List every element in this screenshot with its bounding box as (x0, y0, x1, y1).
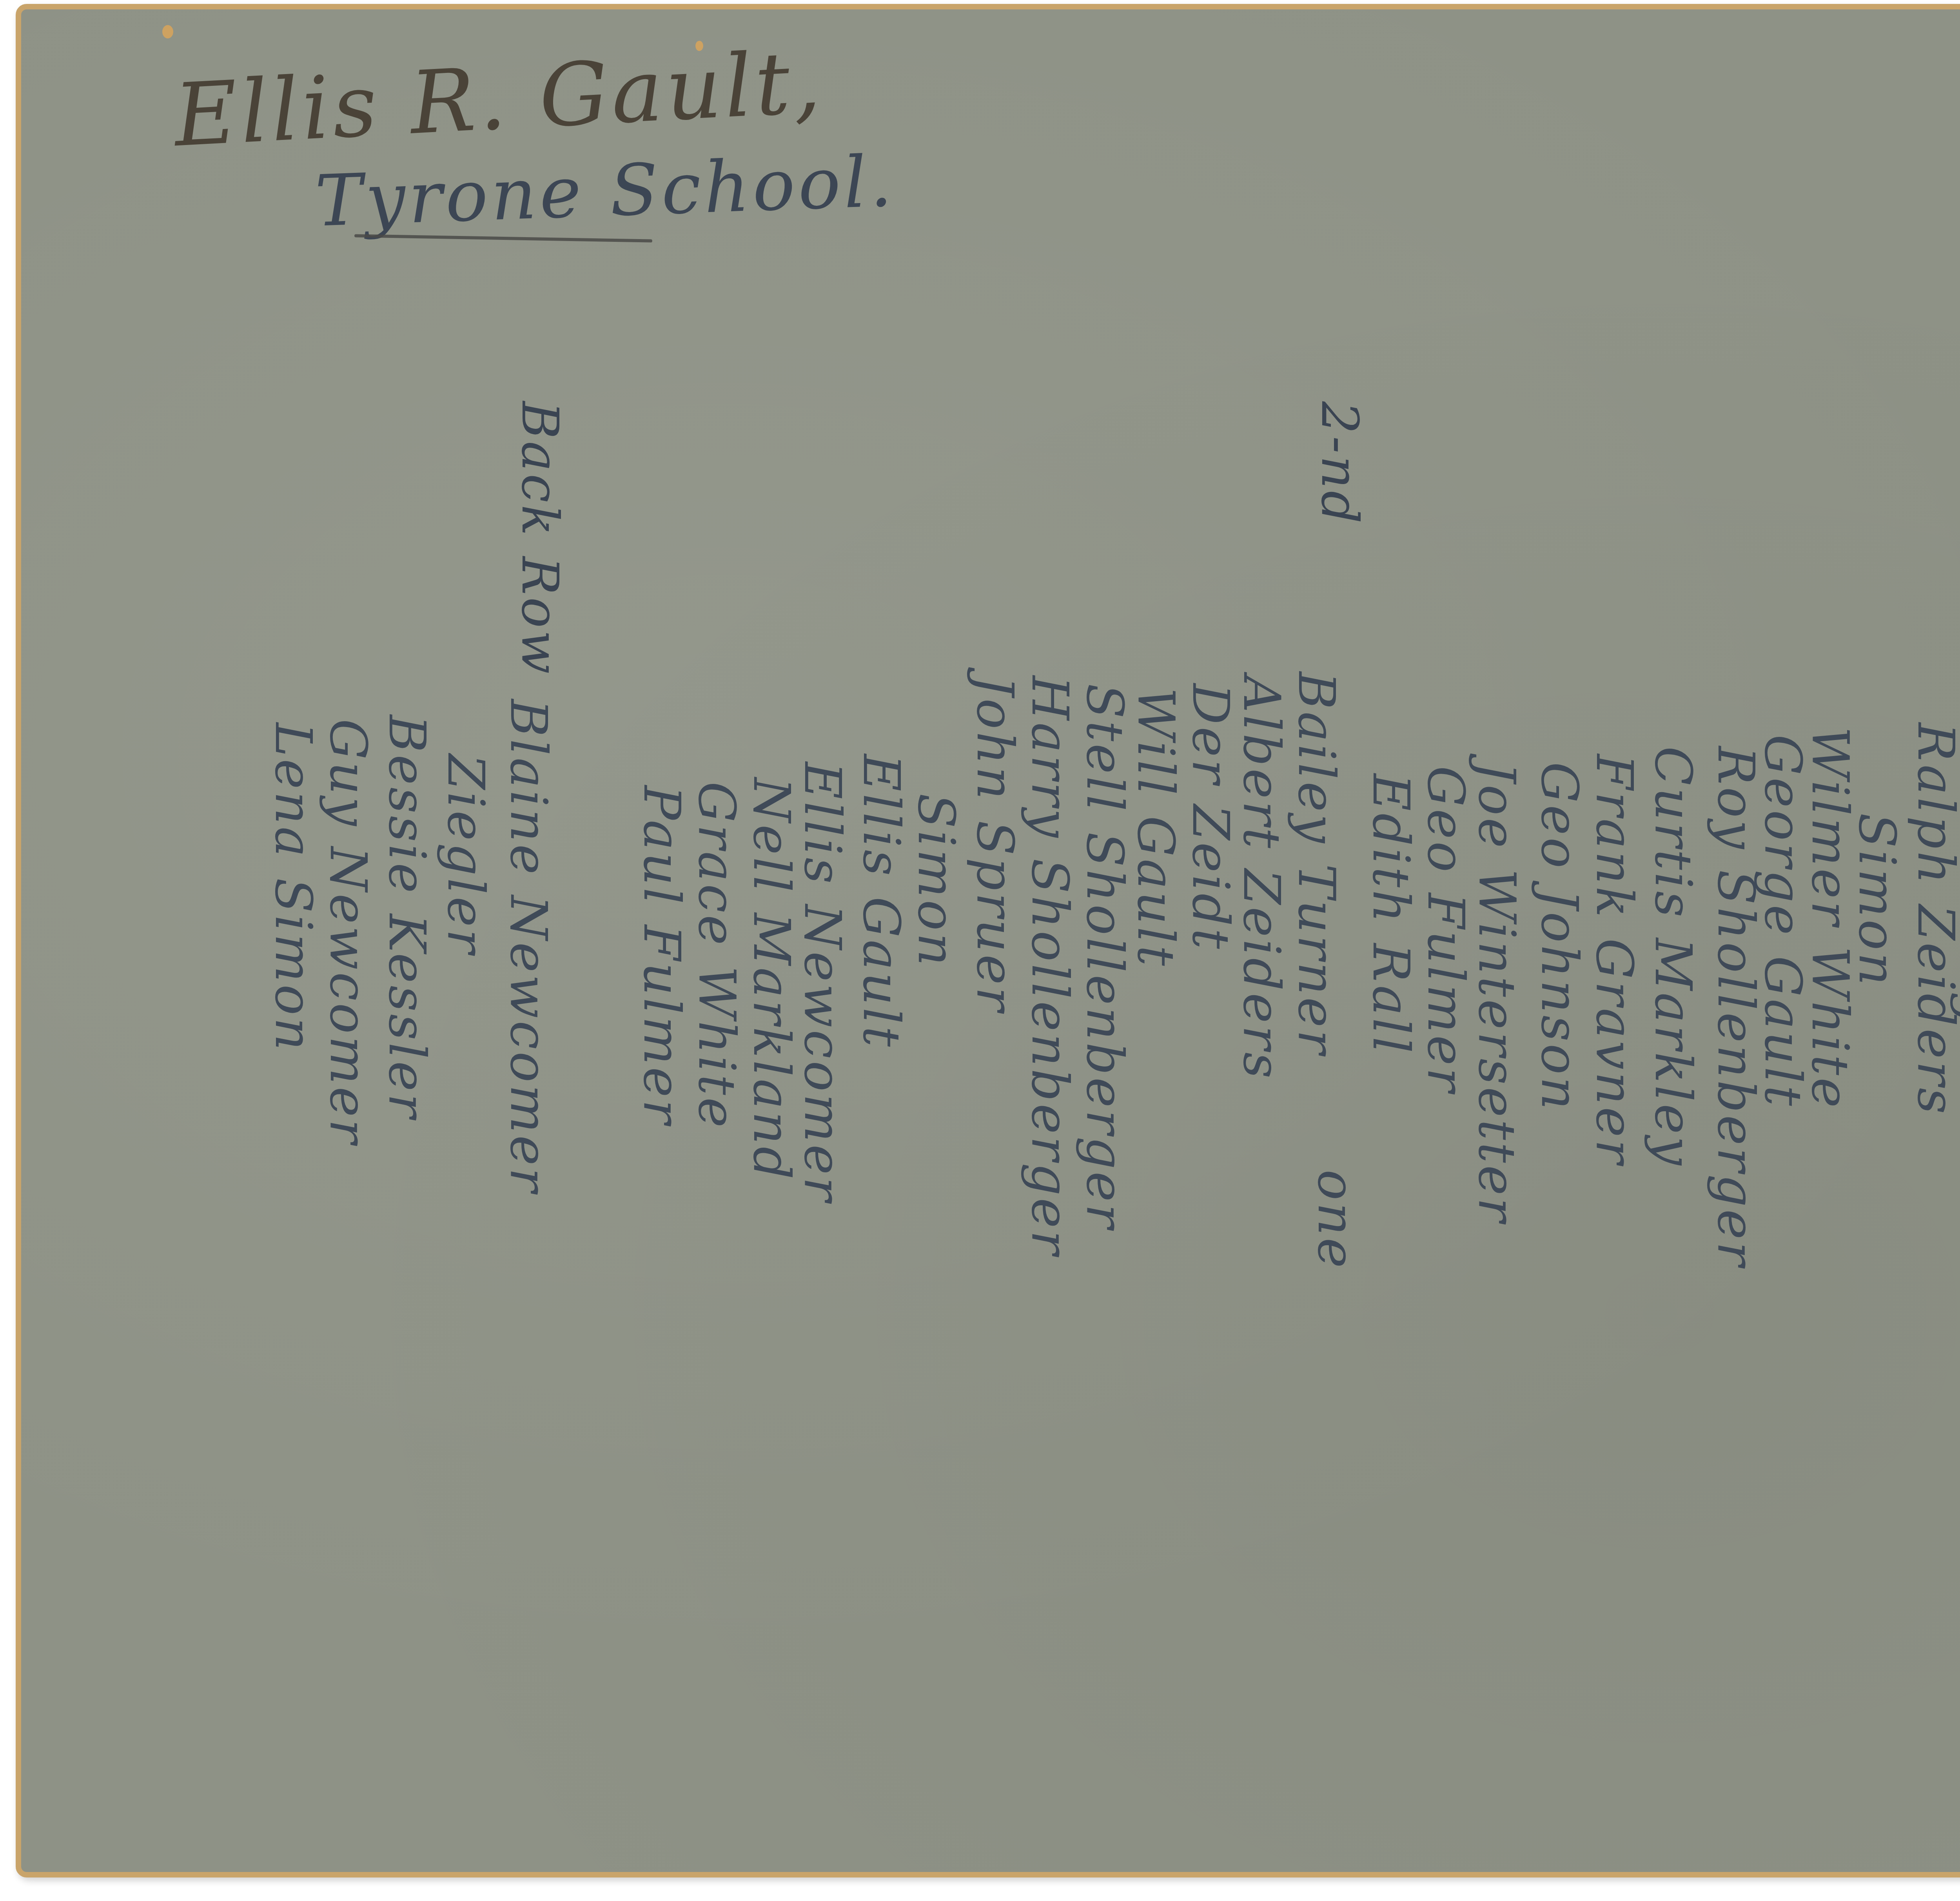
student-name: Guy Newcomer (323, 719, 374, 1146)
row-label-second: 2-nd (1310, 401, 1370, 526)
name-column: Ellis Newcomer (797, 762, 848, 1204)
student-name: Will Gault (1131, 687, 1181, 968)
name-column: Nell Markland (746, 778, 797, 1182)
card-header: Ellis R. Gault, Tyrone School. (151, 33, 895, 276)
student-name: Stell Shollenberger (1080, 684, 1131, 1231)
owner-name: Ellis R. Gault, (172, 32, 826, 166)
photo-card-back: Ellis R. Gault, Tyrone School. 1st Row /… (16, 4, 1960, 1877)
name-column: Blaine Newcomer (503, 699, 554, 1195)
student-name: Blaine Newcomer (503, 699, 554, 1195)
name-column: Joe Wintersetter (1472, 762, 1523, 1224)
student-name: Ellis Newcomer (797, 762, 848, 1204)
name-column: Albert Zeiders (1236, 676, 1287, 1081)
name-column: John Spruer (970, 676, 1021, 1014)
student-name: Simon (911, 793, 962, 968)
student-name: Edith Rall (1366, 774, 1417, 1056)
name-column: Frank Gravner (1589, 754, 1640, 1166)
name-column: Harry Shollenberger (1025, 676, 1076, 1257)
student-name: Der Zeidt (1185, 684, 1236, 951)
row-label-back: Back Row (510, 401, 570, 676)
name-column: Geo Fulmer (1421, 766, 1472, 1094)
name-column: Roy Shollenberger (1711, 746, 1762, 1268)
name-column: Ellis Gault (856, 754, 907, 1049)
name-column: Curtis Markley (1648, 746, 1699, 1168)
student-name: Ralph Zeiders (1911, 723, 1960, 1116)
student-name: Harry Shollenberger (1025, 676, 1076, 1257)
student-name: Albert Zeiders (1236, 676, 1287, 1081)
student-name: Paul Fulmer (637, 785, 688, 1126)
name-column: Edith Rall (1366, 774, 1417, 1056)
student-name: Bessie Kessler (382, 715, 433, 1120)
name-column: Bessie Kessler (382, 715, 433, 1120)
name-column: Lena Simon (268, 723, 319, 1053)
name-column: Stell Shollenberger (1080, 684, 1131, 1231)
name-column: Der Zeidt (1185, 684, 1236, 951)
name-column: Ziegler (441, 754, 492, 956)
student-name: Ellis Gault (856, 754, 907, 1049)
student-name: Nell Markland (746, 778, 797, 1182)
name-column: Bailey Turner (1291, 672, 1342, 1056)
student-name: John Spruer (970, 676, 1021, 1014)
student-name: Geo Johnson (1534, 762, 1585, 1112)
student-name: Curtis Markley (1648, 746, 1699, 1168)
student-name: Joe Wintersetter (1472, 762, 1523, 1224)
name-column: one (1311, 1170, 1362, 1270)
name-column: Will Gault (1131, 687, 1181, 968)
student-name: Grace White (691, 782, 742, 1130)
student-name: one (1311, 1170, 1362, 1270)
student-name: Geo Fulmer (1421, 766, 1472, 1094)
school-name: Tyrone School. (314, 140, 897, 243)
name-column: Guy Newcomer (323, 719, 374, 1146)
name-column: Grace White (691, 782, 742, 1130)
student-name: Bailey Turner (1291, 672, 1342, 1056)
student-name: Lena Simon (268, 723, 319, 1053)
name-column: Simon (911, 793, 962, 968)
name-column: Ralph Zeiders (1911, 723, 1960, 1116)
name-column: Paul Fulmer (637, 785, 688, 1126)
student-name: Frank Gravner (1589, 754, 1640, 1166)
name-column: Geo Johnson (1534, 762, 1585, 1112)
student-name: Ziegler (441, 754, 492, 956)
student-name: Roy Shollenberger (1711, 746, 1762, 1268)
